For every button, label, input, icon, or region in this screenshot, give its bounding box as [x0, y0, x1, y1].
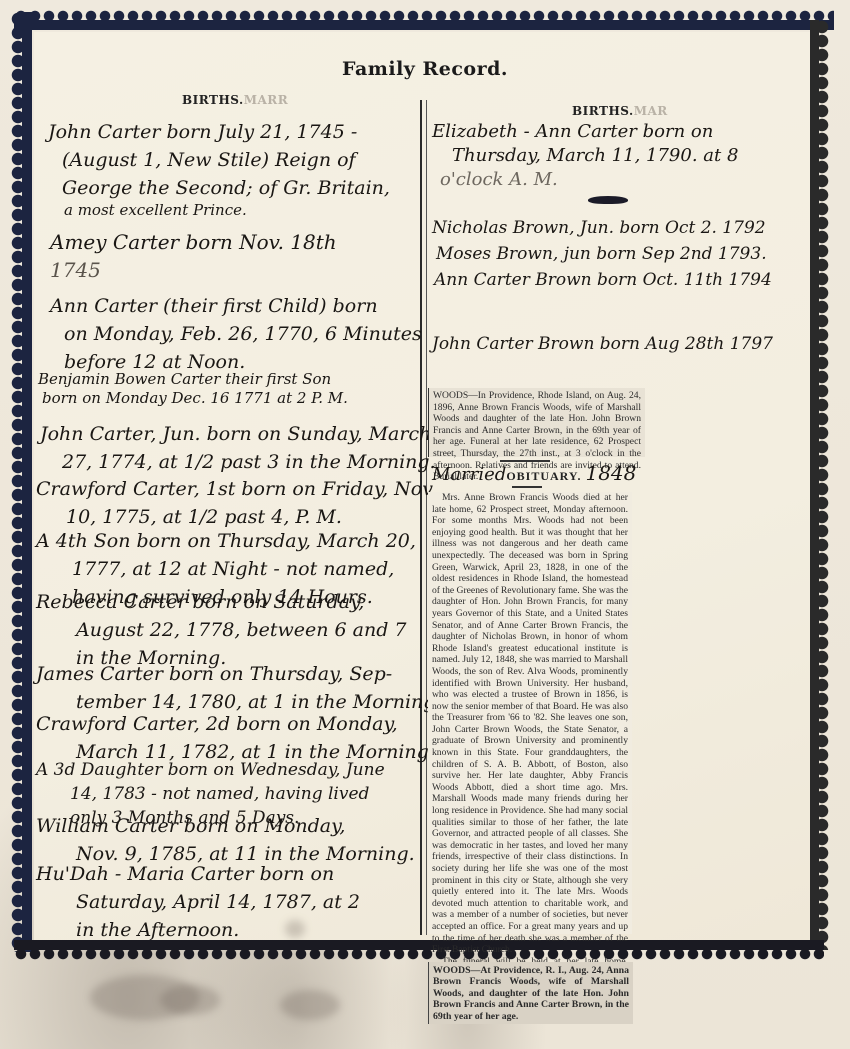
entry-line: Hu'Dah - Maria Carter born on	[36, 860, 360, 888]
birth-entry-hudah-maria-carter: Hu'Dah - Maria Carter born on Saturday, …	[36, 860, 360, 944]
handwritten-married-note: Married	[432, 464, 506, 485]
page-title: Family Record.	[0, 58, 850, 80]
birth-entry-benjamin-bowen-carter: Benjamin Bowen Carter their first Son bo…	[38, 370, 348, 408]
entry-line: Thursday, March 11, 1790. at 8	[432, 144, 738, 168]
entry-line: Ann Carter Brown born Oct. 11th 1794	[434, 266, 772, 294]
newspaper-clipping-death-notice: WOODS—In Providence, Rhode Island, on Au…	[428, 388, 645, 457]
birth-entry-elizabeth-ann-carter: Elizabeth - Ann Carter born on Thursday,…	[432, 120, 738, 192]
decorative-border-right	[808, 20, 832, 950]
heading-text: BIRTHS.	[572, 104, 634, 118]
birth-entry-moses-brown-jun: Moses Brown, jun born Sep 2nd 1793.	[436, 240, 767, 268]
stain	[280, 990, 340, 1020]
birth-entry-john-carter: John Carter born July 21, 1745 - (August…	[48, 118, 390, 218]
births-heading-left: BIRTHS.MARR	[182, 93, 288, 107]
entry-line: Elizabeth - Ann Carter born on	[432, 120, 738, 144]
entry-line: John Carter born July 21, 1745 -	[48, 118, 390, 146]
entry-line: Benjamin Bowen Carter their first Son	[38, 370, 348, 389]
entry-line: Amey Carter born Nov. 18th	[50, 228, 337, 256]
entry-line: born on Monday Dec. 16 1771 at 2 P. M.	[38, 389, 348, 408]
entry-line: William Carter born on Monday,	[36, 812, 415, 840]
entry-line: Ann Carter (their first Child) born	[50, 292, 422, 320]
newspaper-clipping-death-notice-bottom: WOODS—At Providence, R. I., Aug. 24, Ann…	[428, 962, 633, 1024]
heading-ghost-text: MAR	[634, 104, 668, 118]
birth-entry-john-carter-brown: John Carter Brown born Aug 28th 1797	[432, 330, 773, 358]
decorative-border-top	[14, 10, 834, 32]
ink-blot	[588, 196, 628, 204]
obituary-paragraph: Mrs. Anne Brown Francis Woods died at he…	[432, 492, 628, 956]
divider-rule	[512, 486, 542, 488]
entry-line: A 3d Daughter born on Wednesday, June	[36, 758, 385, 782]
entry-line: 14, 1783 - not named, having lived	[36, 782, 385, 806]
heading-ghost-text: MARR	[244, 93, 289, 107]
births-heading-right: BIRTHS.MAR	[572, 104, 668, 118]
entry-line: 27, 1774, at 1/2 past 3 in the Morning.	[40, 448, 436, 476]
entry-line: Moses Brown, jun born Sep 2nd 1793.	[436, 240, 767, 268]
entry-line: (August 1, New Stile) Reign of	[48, 146, 390, 174]
entry-line: Crawford Carter, 1st born on Friday, Nov…	[36, 475, 437, 503]
entry-line: Crawford Carter, 2d born on Monday,	[36, 710, 435, 738]
handwritten-year-note: 1848	[585, 461, 636, 485]
stain	[160, 985, 220, 1015]
decorative-border-left	[10, 12, 34, 952]
birth-entry-crawford-carter-1st: Crawford Carter, 1st born on Friday, Nov…	[36, 475, 437, 531]
heading-text: BIRTHS.	[182, 93, 244, 107]
birth-entry-john-carter-jun: John Carter, Jun. born on Sunday, March …	[40, 420, 436, 476]
entry-line: o'clock A. M.	[432, 168, 738, 192]
entry-line: John Carter, Jun. born on Sunday, March	[40, 420, 436, 448]
entry-line: Saturday, April 14, 1787, at 2	[36, 888, 360, 916]
birth-entry-ann-carter: Ann Carter (their first Child) born on M…	[50, 292, 422, 376]
entry-line: George the Second; of Gr. Britain,	[48, 174, 390, 202]
birth-entry-james-carter: James Carter born on Thursday, Sep- temb…	[36, 660, 441, 716]
entry-line: Rebecca Carter born on Saturday,	[36, 588, 407, 616]
entry-line: John Carter Brown born Aug 28th 1797	[432, 330, 773, 358]
entry-line: a most excellent Prince.	[48, 202, 390, 218]
birth-entry-nicholas-brown-jun: Nicholas Brown, Jun. born Oct 2. 1792	[432, 214, 766, 242]
entry-line: August 22, 1778, between 6 and 7	[36, 616, 407, 644]
obituary-heading: MarriedOBITUARY.1848	[432, 461, 636, 485]
newspaper-clipping-obituary: Mrs. Anne Brown Francis Woods died at he…	[428, 492, 632, 934]
entry-line: A 4th Son born on Thursday, March 20,	[36, 527, 416, 555]
birth-entry-amey-carter: Amey Carter born Nov. 18th 1745	[50, 228, 337, 284]
entry-line: on Monday, Feb. 26, 1770, 6 Minutes	[50, 320, 422, 348]
entry-line: 1745	[50, 256, 337, 284]
obituary-title: OBITUARY.	[506, 469, 581, 483]
birth-entry-ann-carter-brown: Ann Carter Brown born Oct. 11th 1794	[434, 266, 772, 294]
entry-line: Nicholas Brown, Jun. born Oct 2. 1792	[432, 214, 766, 242]
entry-line: in the Afternoon.	[36, 916, 360, 944]
entry-line: James Carter born on Thursday, Sep-	[36, 660, 441, 688]
entry-line: 1777, at 12 at Night - not named,	[36, 555, 416, 583]
